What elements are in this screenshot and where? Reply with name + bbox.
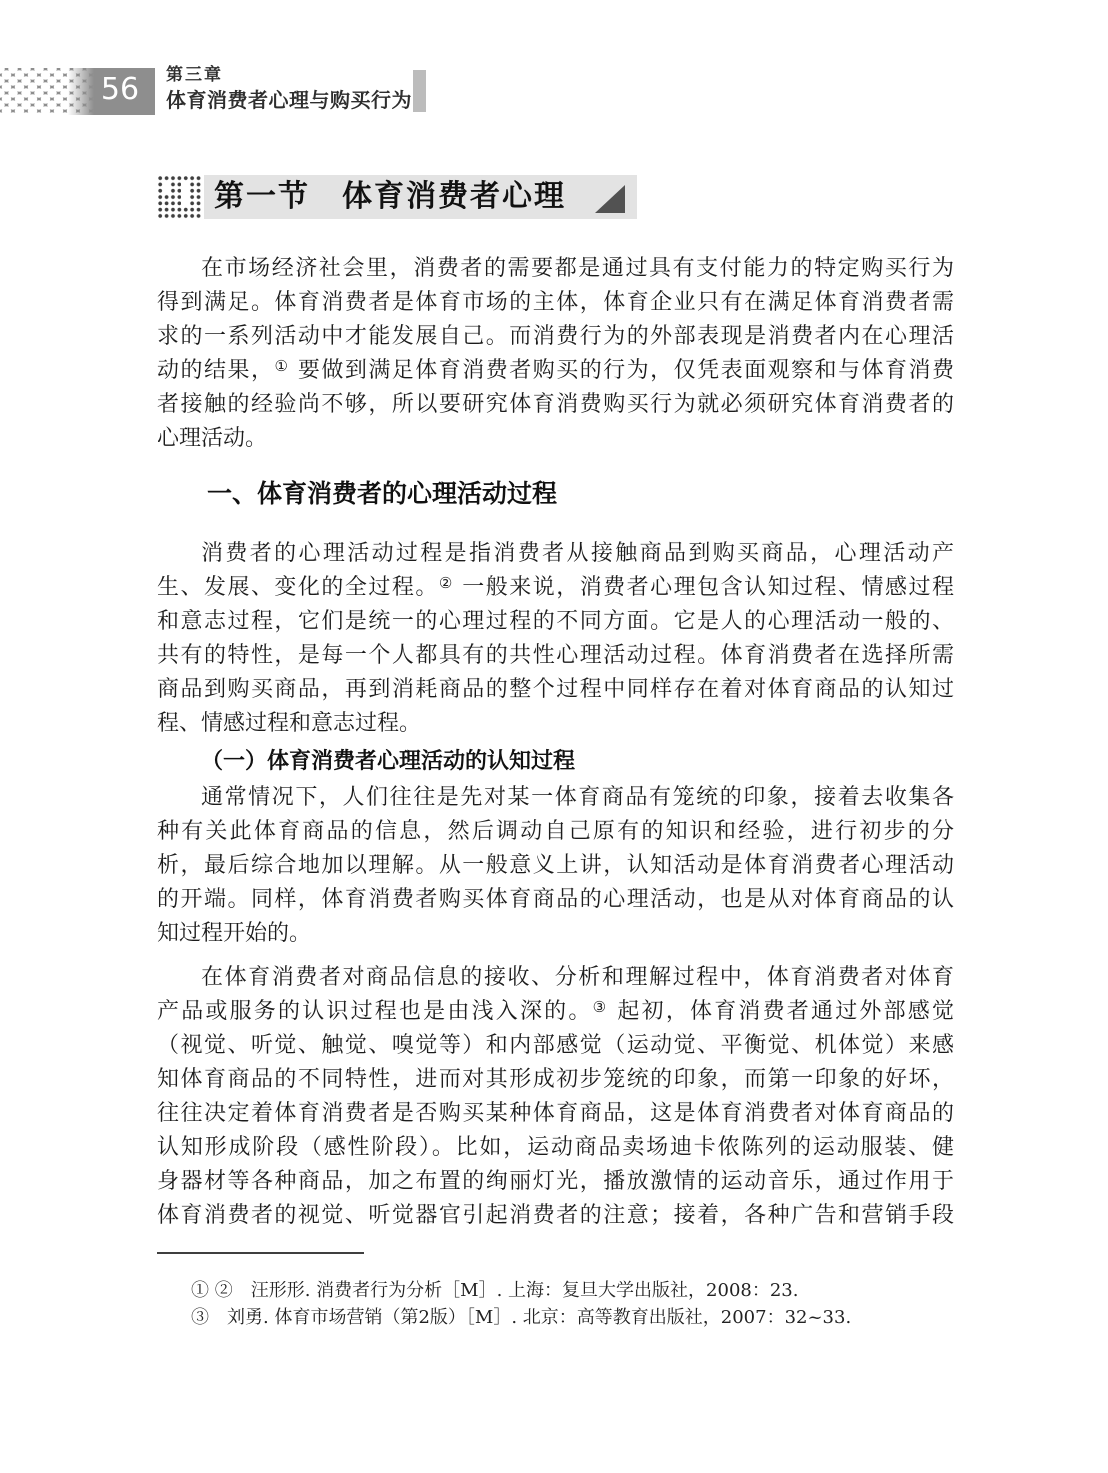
- body-line: 认知形成阶段（感性阶段）。比如，运动商品卖场迪卡侬陈列的运动服装、健: [157, 1131, 954, 1165]
- body-line: 者接触的经验尚不够，所以要研究体育消费购买行为就必须研究体育消费者的: [157, 388, 954, 422]
- body-line: 析，最后综合地加以理解。从一般意义上讲，认知活动是体育消费者心理活动: [157, 849, 954, 883]
- chapter-label: 第三章: [166, 65, 412, 86]
- page-number: 56: [96, 74, 144, 106]
- body-line: 消费者的心理活动过程是指消费者从接触商品到购买商品，心理活动产: [157, 537, 954, 571]
- body-line: 种有关此体育商品的信息，然后调动自己原有的知识和经验，进行初步的分: [157, 815, 954, 849]
- dots-ornament: [0, 68, 94, 115]
- chapter-header: 第三章 体育消费者心理与购买行为: [166, 65, 412, 113]
- body-line: 身器材等各种商品，加之布置的绚丽灯光，播放激情的运动音乐，通过作用于: [157, 1165, 954, 1199]
- footnote-rule: [157, 1252, 364, 1254]
- paragraph: 在体育消费者对商品信息的接收、分析和理解过程中，体育消费者对体育 产品或服务的认…: [157, 961, 954, 1233]
- body-line: 求的一系列活动中才能发展自己。而消费行为的外部表现是消费者内在心理活: [157, 320, 954, 354]
- body-line: 知体育商品的不同特性，进而对其形成初步笼统的印象，而第一印象的好坏，: [157, 1063, 954, 1097]
- triangle-icon: [595, 185, 625, 213]
- section-title-bar: 第一节 体育消费者心理: [204, 175, 637, 219]
- section-title: 第一节 体育消费者心理: [214, 175, 566, 219]
- body-line: 动的结果，① 要做到满足体育消费者购买的行为，仅凭表面观察和与体育消费: [157, 354, 954, 388]
- footnotes: ① ② 汪形形. 消费者行为分析［M］. 上海：复旦大学出版社，2008：23.…: [157, 1277, 957, 1331]
- body-line: 和意志过程，它们是统一的心理过程的不同方面。它是人的心理活动一般的、: [157, 605, 954, 639]
- body-text: 在市场经济社会里，消费者的需要都是通过具有支付能力的特定购买行为 得到满足。体育…: [157, 252, 954, 1233]
- body-line: 通常情况下，人们往往是先对某一体育商品有笼统的印象，接着去收集各: [157, 781, 954, 815]
- dot-grid-ornament: [157, 175, 202, 219]
- body-line: 在市场经济社会里，消费者的需要都是通过具有支付能力的特定购买行为: [157, 252, 954, 286]
- body-line: 的开端。同样，体育消费者购买体育商品的心理活动，也是从对体育商品的认: [157, 883, 954, 917]
- header-divider-bar: [413, 70, 426, 112]
- body-line: （视觉、听觉、触觉、嗅觉等）和内部感觉（运动觉、平衡觉、机体觉）来感: [157, 1029, 954, 1063]
- body-line: 在体育消费者对商品信息的接收、分析和理解过程中，体育消费者对体育: [157, 961, 954, 995]
- body-line: 生、发展、变化的全过程。② 一般来说，消费者心理包含认知过程、情感过程: [157, 571, 954, 605]
- section-banner: 第一节 体育消费者心理: [157, 175, 637, 219]
- paragraph: 在市场经济社会里，消费者的需要都是通过具有支付能力的特定购买行为 得到满足。体育…: [157, 252, 954, 456]
- paragraph: 消费者的心理活动过程是指消费者从接触商品到购买商品，心理活动产 生、发展、变化的…: [157, 537, 954, 741]
- body-line: 程、情感过程和意志过程。: [157, 707, 954, 741]
- body-line: 往往决定着体育消费者是否购买某种体育商品，这是体育消费者对体育商品的: [157, 1097, 954, 1131]
- body-line: 得到满足。体育消费者是体育市场的主体，体育企业只有在满足体育消费者需: [157, 286, 954, 320]
- footnote-item: ① ② 汪形形. 消费者行为分析［M］. 上海：复旦大学出版社，2008：23.: [157, 1277, 957, 1304]
- section-heading: 一、体育消费者的心理活动过程: [157, 478, 954, 510]
- book-page: 56 第三章 体育消费者心理与购买行为 第一节 体育消费者心理 在市场经济社会里…: [0, 0, 1108, 1473]
- body-line: 产品或服务的认识过程也是由浅入深的。③ 起初，体育消费者通过外部感觉: [157, 995, 954, 1029]
- body-line: 心理活动。: [157, 422, 954, 456]
- paragraph: 通常情况下，人们往往是先对某一体育商品有笼统的印象，接着去收集各 种有关此体育商…: [157, 781, 954, 951]
- body-line: 知过程开始的。: [157, 917, 954, 951]
- subsection-heading: （一）体育消费者心理活动的认知过程: [157, 747, 954, 777]
- body-line: 共有的特性，是每一个人都具有的共性心理活动过程。体育消费者在选择所需: [157, 639, 954, 673]
- body-line: 商品到购买商品，再到消耗商品的整个过程中同样存在着对体育商品的认知过: [157, 673, 954, 707]
- body-line: 体育消费者的视觉、听觉器官引起消费者的注意；接着，各种广告和营销手段: [157, 1199, 954, 1233]
- footnote-item: ③ 刘勇. 体育市场营销（第2版）［M］. 北京：高等教育出版社，2007：32…: [157, 1304, 957, 1331]
- chapter-title: 体育消费者心理与购买行为: [166, 88, 412, 113]
